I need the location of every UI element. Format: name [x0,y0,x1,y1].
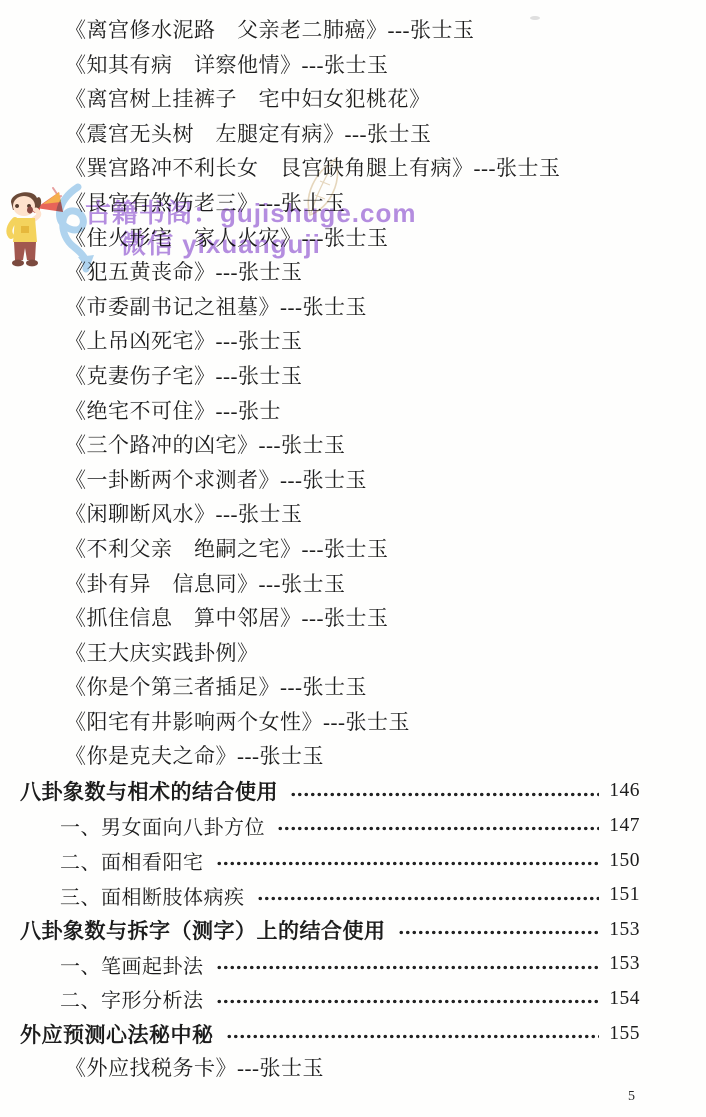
toc-label: 三、面相断肢体病疾 [60,881,245,910]
page-number: 5 [628,1089,635,1105]
toc-page-number: 151 [604,884,640,906]
case-title-line: 《三个路冲的凶宅》---张士玉 [0,428,706,463]
toc-page-number: 146 [604,780,640,802]
toc-page-number: 153 [604,919,640,941]
toc-page-number: 150 [604,850,640,872]
toc-label: 二、面相看阳宅 [60,846,204,875]
toc-label: 八卦象数与相术的结合使用 [20,776,278,806]
case-title-line: 《王大庆实践卦例》 [0,636,706,671]
case-title-list: 《离宫修水泥路 父亲老二肺癌》---张士玉《知其有病 详察他情》---张士玉《离… [0,13,706,774]
dot-leader [290,791,599,798]
toc-label: 一、笔画起卦法 [60,950,204,979]
dot-leader [216,998,600,1005]
toc-row: 八卦象数与相术的结合使用146 [0,774,706,809]
toc-label: 一、男女面向八卦方位 [60,811,265,840]
case-title-line: 《犯五黄丧命》---张士玉 [0,255,706,290]
case-title-line: 《知其有病 详察他情》---张士玉 [0,48,706,83]
toc-label: 外应预测心法秘中秘 [20,1019,214,1049]
toc-page-number: 153 [604,953,640,975]
case-title-line: 《市委副书记之祖墓》---张士玉 [0,290,706,325]
case-title-line: 《离宫树上挂裤子 宅中妇女犯桃花》 [0,82,706,117]
case-title-line: 《你是克夫之命》---张士玉 [0,739,706,774]
case-title-line: 《你是个第三者插足》---张士玉 [0,670,706,705]
dot-leader [398,929,600,936]
toc-page-number: 147 [604,815,640,837]
toc-row: 一、男女面向八卦方位147 [0,809,706,844]
case-title-line: 《离宫修水泥路 父亲老二肺癌》---张士玉 [0,13,706,48]
dot-leader [257,895,600,902]
book-toc-page: 《离宫修水泥路 父亲老二肺癌》---张士玉《知其有病 详察他情》---张士玉《离… [0,0,706,1117]
toc-row: 八卦象数与拆字（测字）上的结合使用153 [0,912,706,947]
case-title-line: 《卦有异 信息同》---张士玉 [0,567,706,602]
case-title-line: 《艮宫有煞伤老三》---张士玉 [0,186,706,221]
case-title-line: 《住火形宅 家人火灾》---张士玉 [0,221,706,256]
toc-row: 二、面相看阳宅150 [0,843,706,878]
case-title-line: 《震宫无头树 左腿定有病》---张士玉 [0,117,706,152]
case-title-line: 《不利父亲 绝嗣之宅》---张士玉 [0,532,706,567]
scan-smudge [530,16,540,20]
page-content: 《离宫修水泥路 父亲老二肺癌》---张士玉《知其有病 详察他情》---张士玉《离… [0,13,706,1085]
case-title-line: 《外应找税务卡》---张士玉 [0,1051,706,1086]
case-title-line: 《闲聊断风水》---张士玉 [0,497,706,532]
toc-row: 外应预测心法秘中秘155 [0,1016,706,1051]
case-title-line: 《阳宅有井影响两个女性》---张士玉 [0,705,706,740]
toc-row: 三、面相断肢体病疾151 [0,878,706,913]
case-title-line: 《巽宫路冲不利长女 艮宫缺角腿上有病》---张士玉 [0,151,706,186]
case-title-line: 《一卦断两个求测者》---张士玉 [0,463,706,498]
case-title-line: 《克妻伤子宅》---张士玉 [0,359,706,394]
toc-label: 二、字形分析法 [60,984,204,1013]
dot-leader [277,825,599,832]
toc-row: 一、笔画起卦法153 [0,947,706,982]
dot-leader [226,1033,600,1040]
dot-leader [216,964,600,971]
toc-label: 八卦象数与拆字（测字）上的结合使用 [20,915,386,945]
case-title-line: 《绝宅不可住》---张士 [0,394,706,429]
case-title-line: 《抓住信息 算中邻居》---张士玉 [0,601,706,636]
case-title-line: 《上吊凶死宅》---张士玉 [0,324,706,359]
toc-list: 八卦象数与相术的结合使用146一、男女面向八卦方位147二、面相看阳宅150三、… [0,774,706,1051]
toc-row: 二、字形分析法154 [0,982,706,1017]
toc-page-number: 154 [604,988,640,1010]
dot-leader [216,860,600,867]
toc-page-number: 155 [604,1023,640,1045]
